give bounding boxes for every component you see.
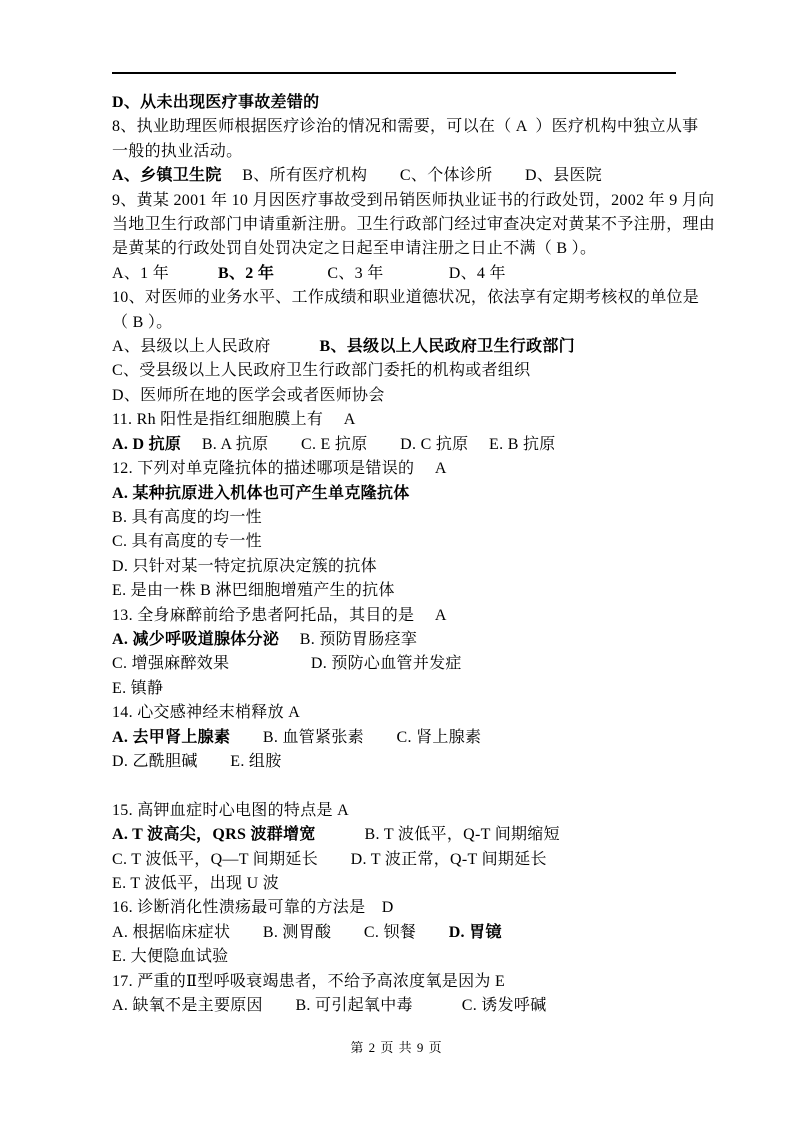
text-segment: B. 预防胃肠痉挛 xyxy=(279,631,417,648)
text-line: 一般的执业活动。 xyxy=(112,140,712,164)
text-line: A、乡镇卫生院 B、所有医疗机构 C、个体诊所 D、县医院 xyxy=(112,164,712,188)
text-segment: 12. 下列对单克隆抗体的描述哪项是错误的 A xyxy=(112,460,447,477)
text-line xyxy=(112,774,712,798)
bold-text-segment: B、县级以上人民政府卫生行政部门 xyxy=(319,338,574,355)
text-segment: C. T 波低平，Q—T 间期延长 D. T 波正常，Q-T 间期延长 xyxy=(112,851,547,868)
text-segment: B. A 抗原 C. E 抗原 D. C 抗原 E. B 抗原 xyxy=(181,436,555,453)
text-segment: C. 具有高度的专一性 xyxy=(112,533,262,550)
text-segment: B. 血管紧张素 C. 肾上腺素 xyxy=(230,729,481,746)
text-segment: 14. 心交感神经末梢释放 A xyxy=(112,704,300,721)
text-line: 16. 诊断消化性溃疡最可靠的方法是 D xyxy=(112,896,712,920)
text-segment: 是黄某的行政处罚自处罚决定之日起至申请注册之日止不满（ B ）。 xyxy=(112,240,596,257)
text-line: 10、对医师的业务水平、工作成绩和职业道德状况，依法享有定期考核权的单位是 xyxy=(112,286,712,310)
bold-text-segment: D、从未出现医疗事故差错的 xyxy=(112,94,319,111)
text-segment: 15. 高钾血症时心电图的特点是 A xyxy=(112,802,349,819)
text-line: 12. 下列对单克隆抗体的描述哪项是错误的 A xyxy=(112,457,712,481)
text-line: C. 增强麻醉效果 D. 预防心血管并发症 xyxy=(112,652,712,676)
text-line: A. 减少呼吸道腺体分泌 B. 预防胃肠痉挛 xyxy=(112,628,712,652)
text-line: A. 根据临床症状 B. 测胃酸 C. 钡餐 D. 胃镜 xyxy=(112,921,712,945)
bold-text-segment: B、2 年 xyxy=(218,265,274,282)
text-segment: 13. 全身麻醉前给予患者阿托品，其目的是 A xyxy=(112,607,447,624)
text-line: A. D 抗原 B. A 抗原 C. E 抗原 D. C 抗原 E. B 抗原 xyxy=(112,433,712,457)
text-segment: 11. Rh 阳性是指红细胞膜上有 A xyxy=(112,411,356,428)
text-line: D. 只针对某一特定抗原决定簇的抗体 xyxy=(112,555,712,579)
bold-text-segment: A、乡镇卫生院 xyxy=(112,167,222,184)
text-segment: E. T 波低平，出现 U 波 xyxy=(112,875,279,892)
text-segment: E. 镇静 xyxy=(112,680,163,697)
text-segment: C. 增强麻醉效果 D. 预防心血管并发症 xyxy=(112,655,462,672)
bold-text-segment: A. T 波高尖，QRS 波群增宽 xyxy=(112,826,316,843)
text-segment: 16. 诊断消化性溃疡最可靠的方法是 D xyxy=(112,899,394,916)
text-line: D、从未出现医疗事故差错的 xyxy=(112,91,712,115)
text-line: 8、执业助理医师根据医疗诊治的情况和需要，可以在（ A ）医疗机构中独立从事 xyxy=(112,115,712,139)
text-segment: 当地卫生行政部门申请重新注册。卫生行政部门经过审查决定对黄某不予注册，理由 xyxy=(112,216,715,233)
text-segment: A. 缺氧不是主要原因 B. 可引起氧中毒 C. 诱发呼碱 xyxy=(112,997,547,1014)
text-line: D. 乙酰胆碱 E. 组胺 xyxy=(112,750,712,774)
page-footer: 第 2 页 共 9 页 xyxy=(0,1040,793,1056)
text-line: E. 镇静 xyxy=(112,677,712,701)
text-line: D、医师所在地的医学会或者医师协会 xyxy=(112,384,712,408)
text-segment: A、1 年 xyxy=(112,265,218,282)
text-segment: C、受县级以上人民政府卫生行政部门委托的机构或者组织 xyxy=(112,362,530,379)
text-segment: B. 具有高度的均一性 xyxy=(112,509,262,526)
text-segment: 10、对医师的业务水平、工作成绩和职业道德状况，依法享有定期考核权的单位是 xyxy=(112,289,699,306)
document-page: D、从未出现医疗事故差错的8、执业助理医师根据医疗诊治的情况和需要，可以在（ A… xyxy=(0,0,793,1122)
text-line: A、1 年 B、2 年 C、3 年 D、4 年 xyxy=(112,262,712,286)
text-line: 是黄某的行政处罚自处罚决定之日起至申请注册之日止不满（ B ）。 xyxy=(112,237,712,261)
text-line: E. 是由一株 B 淋巴细胞增殖产生的抗体 xyxy=(112,579,712,603)
text-segment: A. 根据临床症状 B. 测胃酸 C. 钡餐 xyxy=(112,924,449,941)
text-line: 9、黄某 2001 年 10 月因医疗事故受到吊销医师执业证书的行政处罚，200… xyxy=(112,189,712,213)
text-line: C、受县级以上人民政府卫生行政部门委托的机构或者组织 xyxy=(112,359,712,383)
text-line: 当地卫生行政部门申请重新注册。卫生行政部门经过审查决定对黄某不予注册，理由 xyxy=(112,213,712,237)
text-line: C. 具有高度的专一性 xyxy=(112,530,712,554)
text-line: C. T 波低平，Q—T 间期延长 D. T 波正常，Q-T 间期延长 xyxy=(112,848,712,872)
text-line: （ B ）。 xyxy=(112,311,712,335)
text-segment: D. 只针对某一特定抗原决定簇的抗体 xyxy=(112,558,377,575)
text-segment: D. 乙酰胆碱 E. 组胺 xyxy=(112,753,282,770)
text-line: 13. 全身麻醉前给予患者阿托品，其目的是 A xyxy=(112,604,712,628)
text-segment: B. T 波低平，Q-T 间期缩短 xyxy=(316,826,560,843)
bold-text-segment: A. 去甲肾上腺素 xyxy=(112,729,230,746)
text-line: E. T 波低平，出现 U 波 xyxy=(112,872,712,896)
bold-text-segment: D. 胃镜 xyxy=(449,924,502,941)
text-segment: （ B ）。 xyxy=(112,314,172,331)
text-segment: 17. 严重的Ⅱ型呼吸衰竭患者，不给予高浓度氧是因为 E xyxy=(112,973,505,990)
bold-text-segment: A. 减少呼吸道腺体分泌 xyxy=(112,631,279,648)
text-line: 15. 高钾血症时心电图的特点是 A xyxy=(112,799,712,823)
text-line: A. 去甲肾上腺素 B. 血管紧张素 C. 肾上腺素 xyxy=(112,726,712,750)
text-line: 17. 严重的Ⅱ型呼吸衰竭患者，不给予高浓度氧是因为 E xyxy=(112,970,712,994)
text-segment: E. 是由一株 B 淋巴细胞增殖产生的抗体 xyxy=(112,582,395,599)
bold-text-segment: A. D 抗原 xyxy=(112,436,181,453)
text-segment: E. 大便隐血试验 xyxy=(112,948,228,965)
bold-text-segment: A. 某种抗原进入机体也可产生单克隆抗体 xyxy=(112,485,410,502)
text-line: A、县级以上人民政府 B、县级以上人民政府卫生行政部门 xyxy=(112,335,712,359)
text-line: A. T 波高尖，QRS 波群增宽 B. T 波低平，Q-T 间期缩短 xyxy=(112,823,712,847)
document-body: D、从未出现医疗事故差错的8、执业助理医师根据医疗诊治的情况和需要，可以在（ A… xyxy=(112,91,712,1018)
text-segment: 一般的执业活动。 xyxy=(112,143,242,160)
text-segment: C、3 年 D、4 年 xyxy=(274,265,506,282)
text-line: 14. 心交感神经末梢释放 A xyxy=(112,701,712,725)
text-line: B. 具有高度的均一性 xyxy=(112,506,712,530)
text-segment: B、所有医疗机构 C、个体诊所 D、县医院 xyxy=(222,167,602,184)
text-line: 11. Rh 阳性是指红细胞膜上有 A xyxy=(112,408,712,432)
text-line: A. 缺氧不是主要原因 B. 可引起氧中毒 C. 诱发呼碱 xyxy=(112,994,712,1018)
text-segment: 9、黄某 2001 年 10 月因医疗事故受到吊销医师执业证书的行政处罚，200… xyxy=(112,192,714,209)
header-rule xyxy=(112,72,676,74)
text-line: E. 大便隐血试验 xyxy=(112,945,712,969)
text-segment: A、县级以上人民政府 xyxy=(112,338,319,355)
text-segment: D、医师所在地的医学会或者医师协会 xyxy=(112,387,385,404)
text-segment: 8、执业助理医师根据医疗诊治的情况和需要，可以在（ A ）医疗机构中独立从事 xyxy=(112,118,698,135)
text-line: A. 某种抗原进入机体也可产生单克隆抗体 xyxy=(112,482,712,506)
